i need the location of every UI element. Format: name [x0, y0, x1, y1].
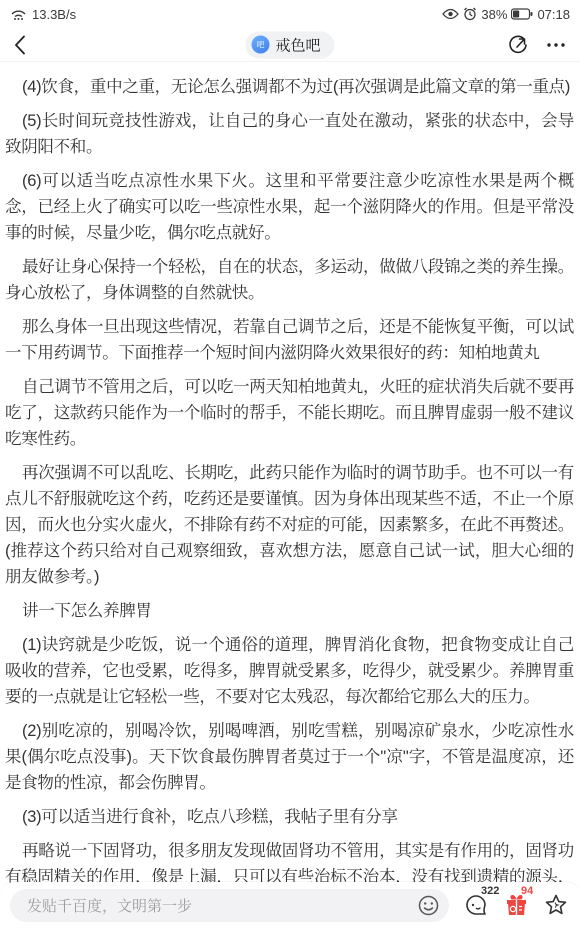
back-icon	[14, 35, 26, 55]
status-bar: 13.3B/s 38% 07:18	[0, 0, 580, 28]
wifi-speed-icon	[10, 7, 27, 21]
share-icon	[508, 35, 528, 55]
eye-icon	[442, 8, 459, 20]
back-button[interactable]	[14, 35, 44, 55]
reply-placeholder: 发贴千百度，文明第一步	[27, 895, 192, 916]
emoji-icon	[418, 895, 439, 916]
favorite-button[interactable]	[544, 893, 568, 917]
battery-percent: 38%	[481, 7, 507, 22]
paragraph: 自己调节不管用之后，可以吃一两天知柏地黄丸，火旺的症状消失后就不要再吃了，这款药…	[5, 374, 574, 452]
forum-title-pill[interactable]: 吧 戒色吧	[245, 31, 334, 58]
activity-button[interactable]: 94	[504, 893, 529, 917]
paragraph: 讲一下怎么养脾胃	[5, 598, 574, 624]
paragraph: (5)长时间玩竞技性游戏，让自己的身心一直处在激动，紧张的状态中，会导致阴阳不和…	[5, 108, 574, 160]
battery-icon	[511, 8, 533, 20]
more-button[interactable]	[546, 42, 566, 48]
paragraph: (4)饮食，重中之重，无论怎么强调都不为过(再次强调是此篇文章的第一重点)	[5, 74, 574, 100]
more-icon	[546, 42, 566, 48]
clock-time: 07:18	[537, 7, 570, 22]
reply-input[interactable]: 发贴千百度，文明第一步	[10, 889, 449, 922]
star-icon	[544, 893, 568, 917]
comment-button[interactable]: 322	[464, 893, 489, 917]
comment-count-badge: 322	[481, 886, 499, 897]
paragraph: (3)可以适当进行食补，吃点八珍糕，我帖子里有分享	[5, 804, 574, 830]
paragraph: (6)可以适当吃点凉性水果下火。这里和平常要注意少吃凉性水果是两个概念，已经上火…	[5, 168, 574, 246]
nav-bar: 吧 戒色吧	[0, 28, 580, 62]
alarm-icon	[463, 7, 477, 21]
bottom-bar: 发贴千百度，文明第一步 322 94	[0, 882, 580, 928]
activity-count-badge: 94	[521, 886, 533, 897]
paragraph: (1)诀窍就是少吃饭，说一个通俗的道理，脾胃消化食物，把食物变成让自己吸收的营养…	[5, 632, 574, 710]
paragraph: (2)别吃凉的，别喝冷饮，别喝啤酒，别吃雪糕，别喝凉矿泉水，少吃凉性水果(偶尔吃…	[5, 718, 574, 796]
share-button[interactable]	[508, 35, 528, 55]
paragraph: 再次强调不可以乱吃、长期吃，此药只能作为临时的调节助手。也不可以一有点儿不舒服就…	[5, 460, 574, 590]
tieba-logo-icon: 吧	[251, 36, 269, 54]
emoji-button[interactable]	[418, 895, 439, 916]
network-speed: 13.3B/s	[32, 7, 76, 22]
paragraph: 那么身体一旦出现这些情况，若靠自己调节之后，还是不能恢复平衡，可以试一下用药调节…	[5, 314, 574, 366]
forum-title: 戒色吧	[275, 34, 320, 55]
paragraph: 最好让身心保持一个轻松，自在的状态，多运动，做做八段锦之类的养生操。身心放松了，…	[5, 254, 574, 306]
post-content: (4)饮食，重中之重，无论怎么强调都不为过(再次强调是此篇文章的第一重点)(5)…	[0, 62, 580, 916]
